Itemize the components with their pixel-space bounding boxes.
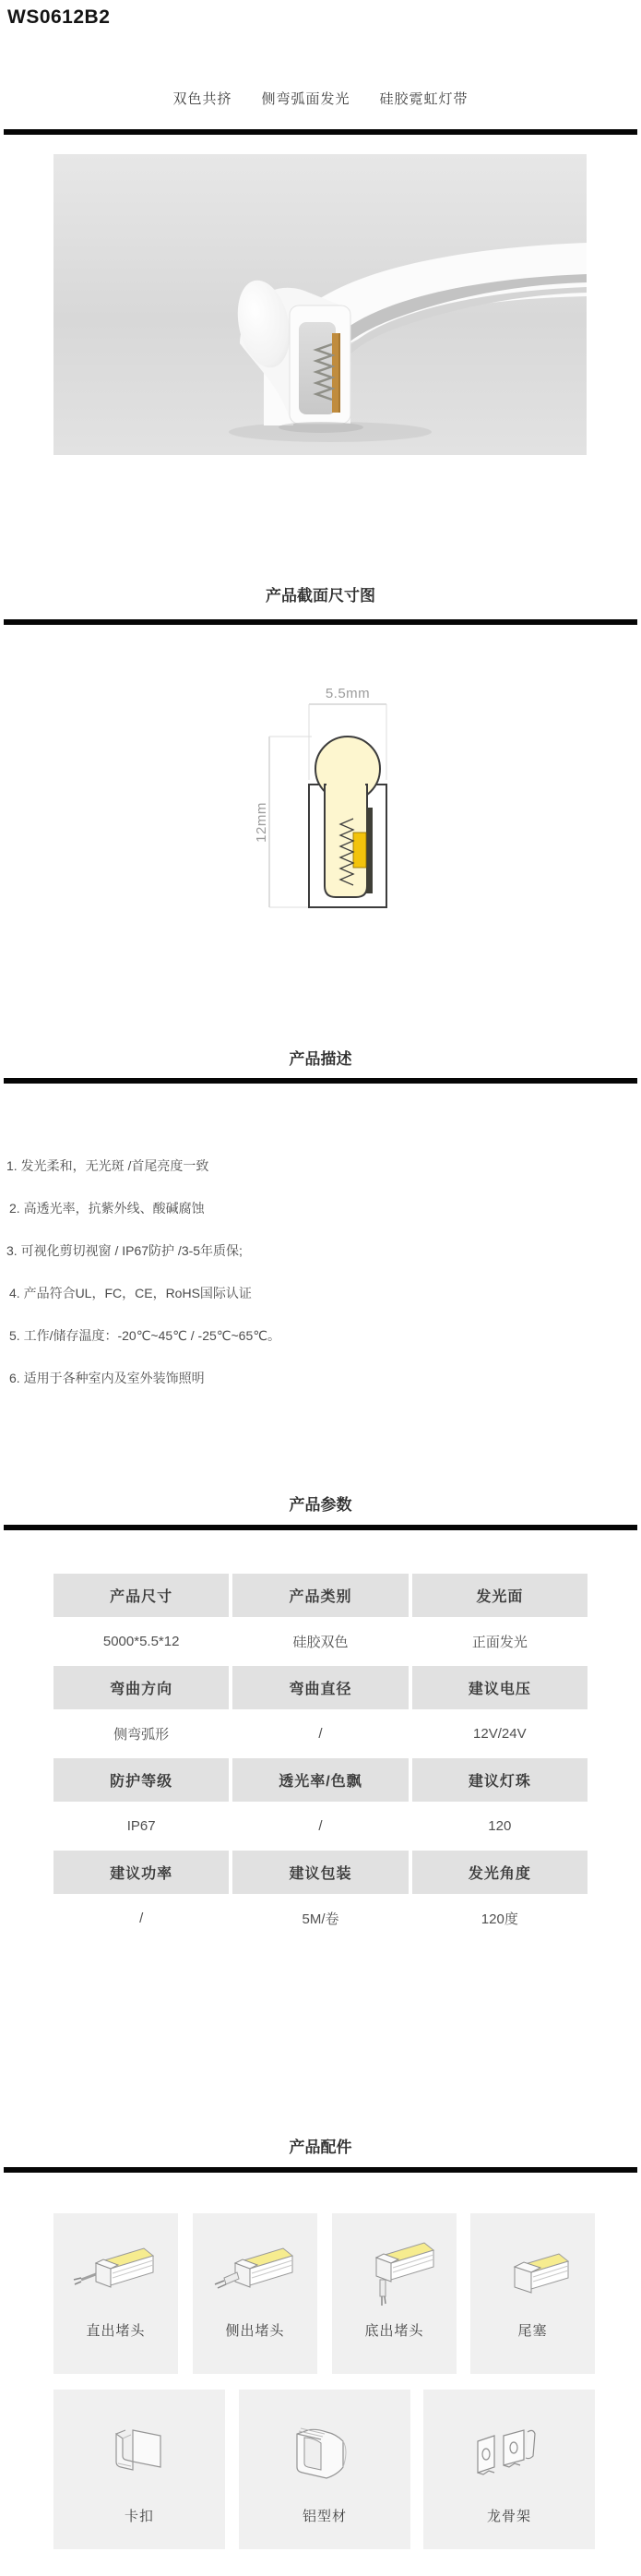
accessory-tile: 侧出堵头 <box>193 2213 317 2374</box>
description-item: 5. 工作/储存温度：-20℃~45℃ / -25℃~65℃。 <box>9 1326 280 1345</box>
table-value-row: 5000*5.5*12 硅胶双色 正面发光 <box>53 1617 588 1666</box>
table-value-cell: 120 <box>412 1802 588 1851</box>
table-header-cell: 弯曲方向 <box>53 1666 229 1709</box>
divider <box>4 1078 637 1084</box>
table-value-cell: 12V/24V <box>412 1709 588 1758</box>
accessory-label: 卡扣 <box>53 2506 225 2525</box>
accessory-label: 侧出堵头 <box>193 2320 317 2340</box>
accessory-label: 底出堵头 <box>332 2320 457 2340</box>
table-header-cell: 弯曲直径 <box>232 1666 408 1709</box>
neon-strip-render <box>53 154 587 455</box>
accessory-label: 铝型材 <box>239 2506 410 2525</box>
table-value-row: IP67 / 120 <box>53 1802 588 1851</box>
table-value-cell: / <box>232 1802 408 1851</box>
table-value-cell: 正面发光 <box>412 1617 588 1666</box>
table-header-cell: 产品类别 <box>232 1574 408 1617</box>
keel-bracket-icon <box>454 2410 564 2493</box>
table-header-row: 产品尺寸 产品类别 发光面 <box>53 1574 588 1617</box>
accessory-tile: 直出堵头 <box>53 2213 178 2374</box>
description-item: 4. 产品符合UL，FC，CE，RoHS国际认证 <box>9 1284 252 1302</box>
section-title-description: 产品描述 <box>0 1046 641 1069</box>
mounting-clip-icon <box>89 2410 190 2493</box>
table-value-row: 侧弯弧形 / 12V/24V <box>53 1709 588 1758</box>
divider <box>4 619 637 625</box>
accessory-label: 直出堵头 <box>53 2320 178 2340</box>
accessory-tile: 底出堵头 <box>332 2213 457 2374</box>
description-item: 3. 可视化剪切视窗 / IP67防护 /3-5年质保; <box>6 1241 243 1260</box>
accessory-label: 龙骨架 <box>423 2506 595 2525</box>
description-item: 1. 发光柔和，无光斑 /首尾亮度一致 <box>6 1156 208 1175</box>
table-value-cell: / <box>232 1709 408 1758</box>
subtitle-part: 双色共挤 <box>172 89 231 108</box>
table-header-cell: 透光率/色飘 <box>232 1758 408 1802</box>
table-header-cell: 建议电压 <box>412 1666 588 1709</box>
section-title-cross-section: 产品截面尺寸图 <box>0 582 641 605</box>
table-value-cell: 120度 <box>412 1894 588 1943</box>
product-subtitle: 双色共挤 侧弯弧面发光 硅胶霓虹灯带 <box>0 89 641 108</box>
divider <box>4 1525 637 1530</box>
table-header-cell: 产品尺寸 <box>53 1574 229 1617</box>
table-header-row: 防护等级 透光率/色飘 建议灯珠 <box>53 1758 588 1802</box>
width-dimension-label: 5.5mm <box>309 686 386 701</box>
straight-end-cap-icon <box>70 2237 162 2311</box>
subtitle-part: 侧弯弧面发光 <box>261 89 350 108</box>
description-item: 6. 适用于各种室内及室外装饰照明 <box>9 1369 205 1387</box>
tail-plug-icon <box>487 2237 579 2311</box>
parameters-table: 产品尺寸 产品类别 发光面 5000*5.5*12 硅胶双色 正面发光 弯曲方向… <box>53 1574 588 1943</box>
bottom-end-cap-icon <box>349 2237 441 2311</box>
product-photo <box>53 154 587 455</box>
cross-section-drawing <box>212 678 424 918</box>
accessory-tile: 龙骨架 <box>423 2390 595 2549</box>
section-title-accessories: 产品配件 <box>0 2134 641 2157</box>
description-item: 2. 高透光率，抗紫外线、酸碱腐蚀 <box>9 1199 205 1217</box>
table-header-row: 建议功率 建议包装 发光角度 <box>53 1851 588 1894</box>
accessory-tile: 卡扣 <box>53 2390 225 2549</box>
table-header-cell: 发光面 <box>412 1574 588 1617</box>
aluminum-profile-icon <box>269 2410 380 2493</box>
divider <box>4 2167 637 2173</box>
product-code: WS0612B2 <box>7 6 110 29</box>
table-header-cell: 发光角度 <box>412 1851 588 1894</box>
table-header-row: 弯曲方向 弯曲直径 建议电压 <box>53 1666 588 1709</box>
dimension-diagram: 5.5mm 12mm <box>212 678 424 918</box>
table-value-cell: IP67 <box>53 1802 229 1851</box>
table-value-cell: 侧弯弧形 <box>53 1709 229 1758</box>
table-value-cell: 硅胶双色 <box>232 1617 408 1666</box>
divider <box>4 129 637 135</box>
section-title-parameters: 产品参数 <box>0 1492 641 1515</box>
accessory-tile: 尾塞 <box>470 2213 595 2374</box>
table-value-cell: / <box>53 1894 229 1943</box>
product-spec-page: WS0612B2 双色共挤 侧弯弧面发光 硅胶霓虹灯带 <box>0 0 641 2576</box>
table-value-cell: 5M/卷 <box>232 1894 408 1943</box>
accessory-tile: 铝型材 <box>239 2390 410 2549</box>
table-header-cell: 防护等级 <box>53 1758 229 1802</box>
subtitle-part: 硅胶霓虹灯带 <box>380 89 469 108</box>
table-value-row: / 5M/卷 120度 <box>53 1894 588 1943</box>
accessory-label: 尾塞 <box>470 2320 595 2340</box>
table-header-cell: 建议功率 <box>53 1851 229 1894</box>
table-header-cell: 建议包装 <box>232 1851 408 1894</box>
side-end-cap-icon <box>209 2237 302 2311</box>
table-header-cell: 建议灯珠 <box>412 1758 588 1802</box>
height-dimension-label: 12mm <box>254 795 268 850</box>
table-value-cell: 5000*5.5*12 <box>53 1617 229 1666</box>
